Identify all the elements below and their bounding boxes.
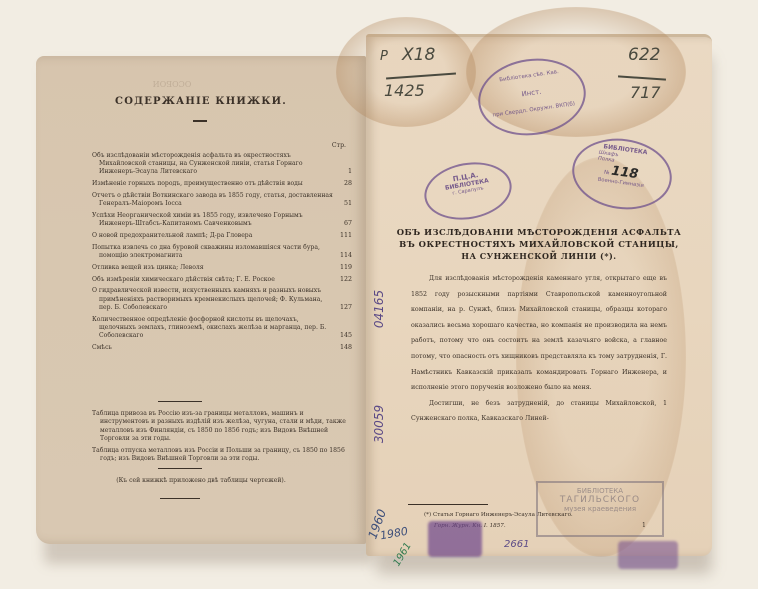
toc-entry: Успѣхи Неорганической химіи въ 1855 году… <box>92 212 352 228</box>
tables-list: Таблица привоза въ Россію изъ-за границы… <box>92 410 350 466</box>
toc-title: СОДЕРЖАНІЕ КНИЖКИ. <box>36 96 366 107</box>
footnote-rule <box>408 504 488 505</box>
violet-ink-stamp <box>618 541 678 569</box>
toc-entry: Количественное опредѣленіе фосфорной кис… <box>92 316 352 341</box>
shelfmark-numerator: Х18 <box>402 45 435 65</box>
margin-number: 30059 <box>372 405 386 443</box>
article-heading-line: ВЪ ОКРЕСТНОСТЯХЪ МИХАЙЛОВСКОЙ СТАНИЦЫ, <box>366 239 712 249</box>
appendix-note: (Къ сей книжкѣ приложено двѣ таблицы чер… <box>36 477 366 484</box>
toc-entry: Измѣненіе горныхъ породъ, преимущественн… <box>92 180 352 188</box>
shelfmark-denominator: 1425 <box>384 81 425 100</box>
article-body: Для изслѣдованія мѣсторожденія каменнаго… <box>411 271 667 427</box>
end-rule <box>160 498 200 499</box>
paragraph: Достигши, не безъ затрудненій, до станиц… <box>411 396 667 427</box>
toc-entry: Попытка извлечь со дна буровой скважины … <box>92 244 352 260</box>
paragraph: Для изслѣдованія мѣсторожденія каменнаго… <box>411 271 667 396</box>
article-heading-line: НА СУНЖЕНСКОЙ ЛИНІИ (*). <box>366 251 712 261</box>
violet-ink-stamp <box>428 521 482 557</box>
article-heading-line: ОБЪ ИЗСЛѢДОВАНІИ МѢСТОРОЖДЕНІЯ АСФАЛЬТА <box>366 227 712 237</box>
right-page: Р Х18 1425 622 717 Библіотека сѣв. Кав. … <box>366 34 712 556</box>
left-page: ОСОБОЙ СОДЕРЖАНІЕ КНИЖКИ. Стр. Объ изслѣ… <box>36 56 366 544</box>
toc-entry: Смѣсь148 <box>92 344 352 352</box>
toc-entry: Отливка вещей изъ цинка; Леволя119 <box>92 264 352 272</box>
year-note: 1980 <box>379 525 409 543</box>
section-rule <box>158 468 202 469</box>
margin-number: 04165 <box>372 290 386 328</box>
page-column-label: Стр. <box>332 142 346 149</box>
toc-entry: Отчетъ о дѣйствіи Воткинскаго завода въ … <box>92 192 352 208</box>
table-entry: Таблица отпуска металловъ изъ Россіи и П… <box>92 447 350 464</box>
museum-library-stamp: БИБЛІОТЕКА ТАГИЛЬСКОГО музея краеведения <box>536 481 664 537</box>
section-rule <box>158 401 202 402</box>
toc-list: Объ изслѣдованіи мѣсторожденія асфальта … <box>92 152 352 356</box>
inventory-numerator: 622 <box>628 45 660 65</box>
library-oval-stamp: П.Ц.А. БИБЛІОТЕКА г. Сарапулъ <box>420 156 516 226</box>
table-entry: Таблица привоза въ Россію изъ-за границы… <box>92 410 350 444</box>
toc-entry: Объ изслѣдованіи мѣсторожденія асфальта … <box>92 152 352 177</box>
title-dash <box>193 120 207 122</box>
ghost-stamp-bleedthrough: ОСОБОЙ <box>132 58 212 88</box>
toc-entry: О новой предохранительной лампѣ; Д-ра Гл… <box>92 232 352 240</box>
inventory-note: 2661 <box>504 539 529 550</box>
shelfmark-prefix: Р <box>380 49 388 64</box>
toc-entry: О гидравлической извести, искуственныхъ … <box>92 287 352 312</box>
toc-entry: Объ измѣреніи химическаго дѣйствія свѣта… <box>92 276 352 284</box>
inventory-denominator: 717 <box>630 83 661 102</box>
